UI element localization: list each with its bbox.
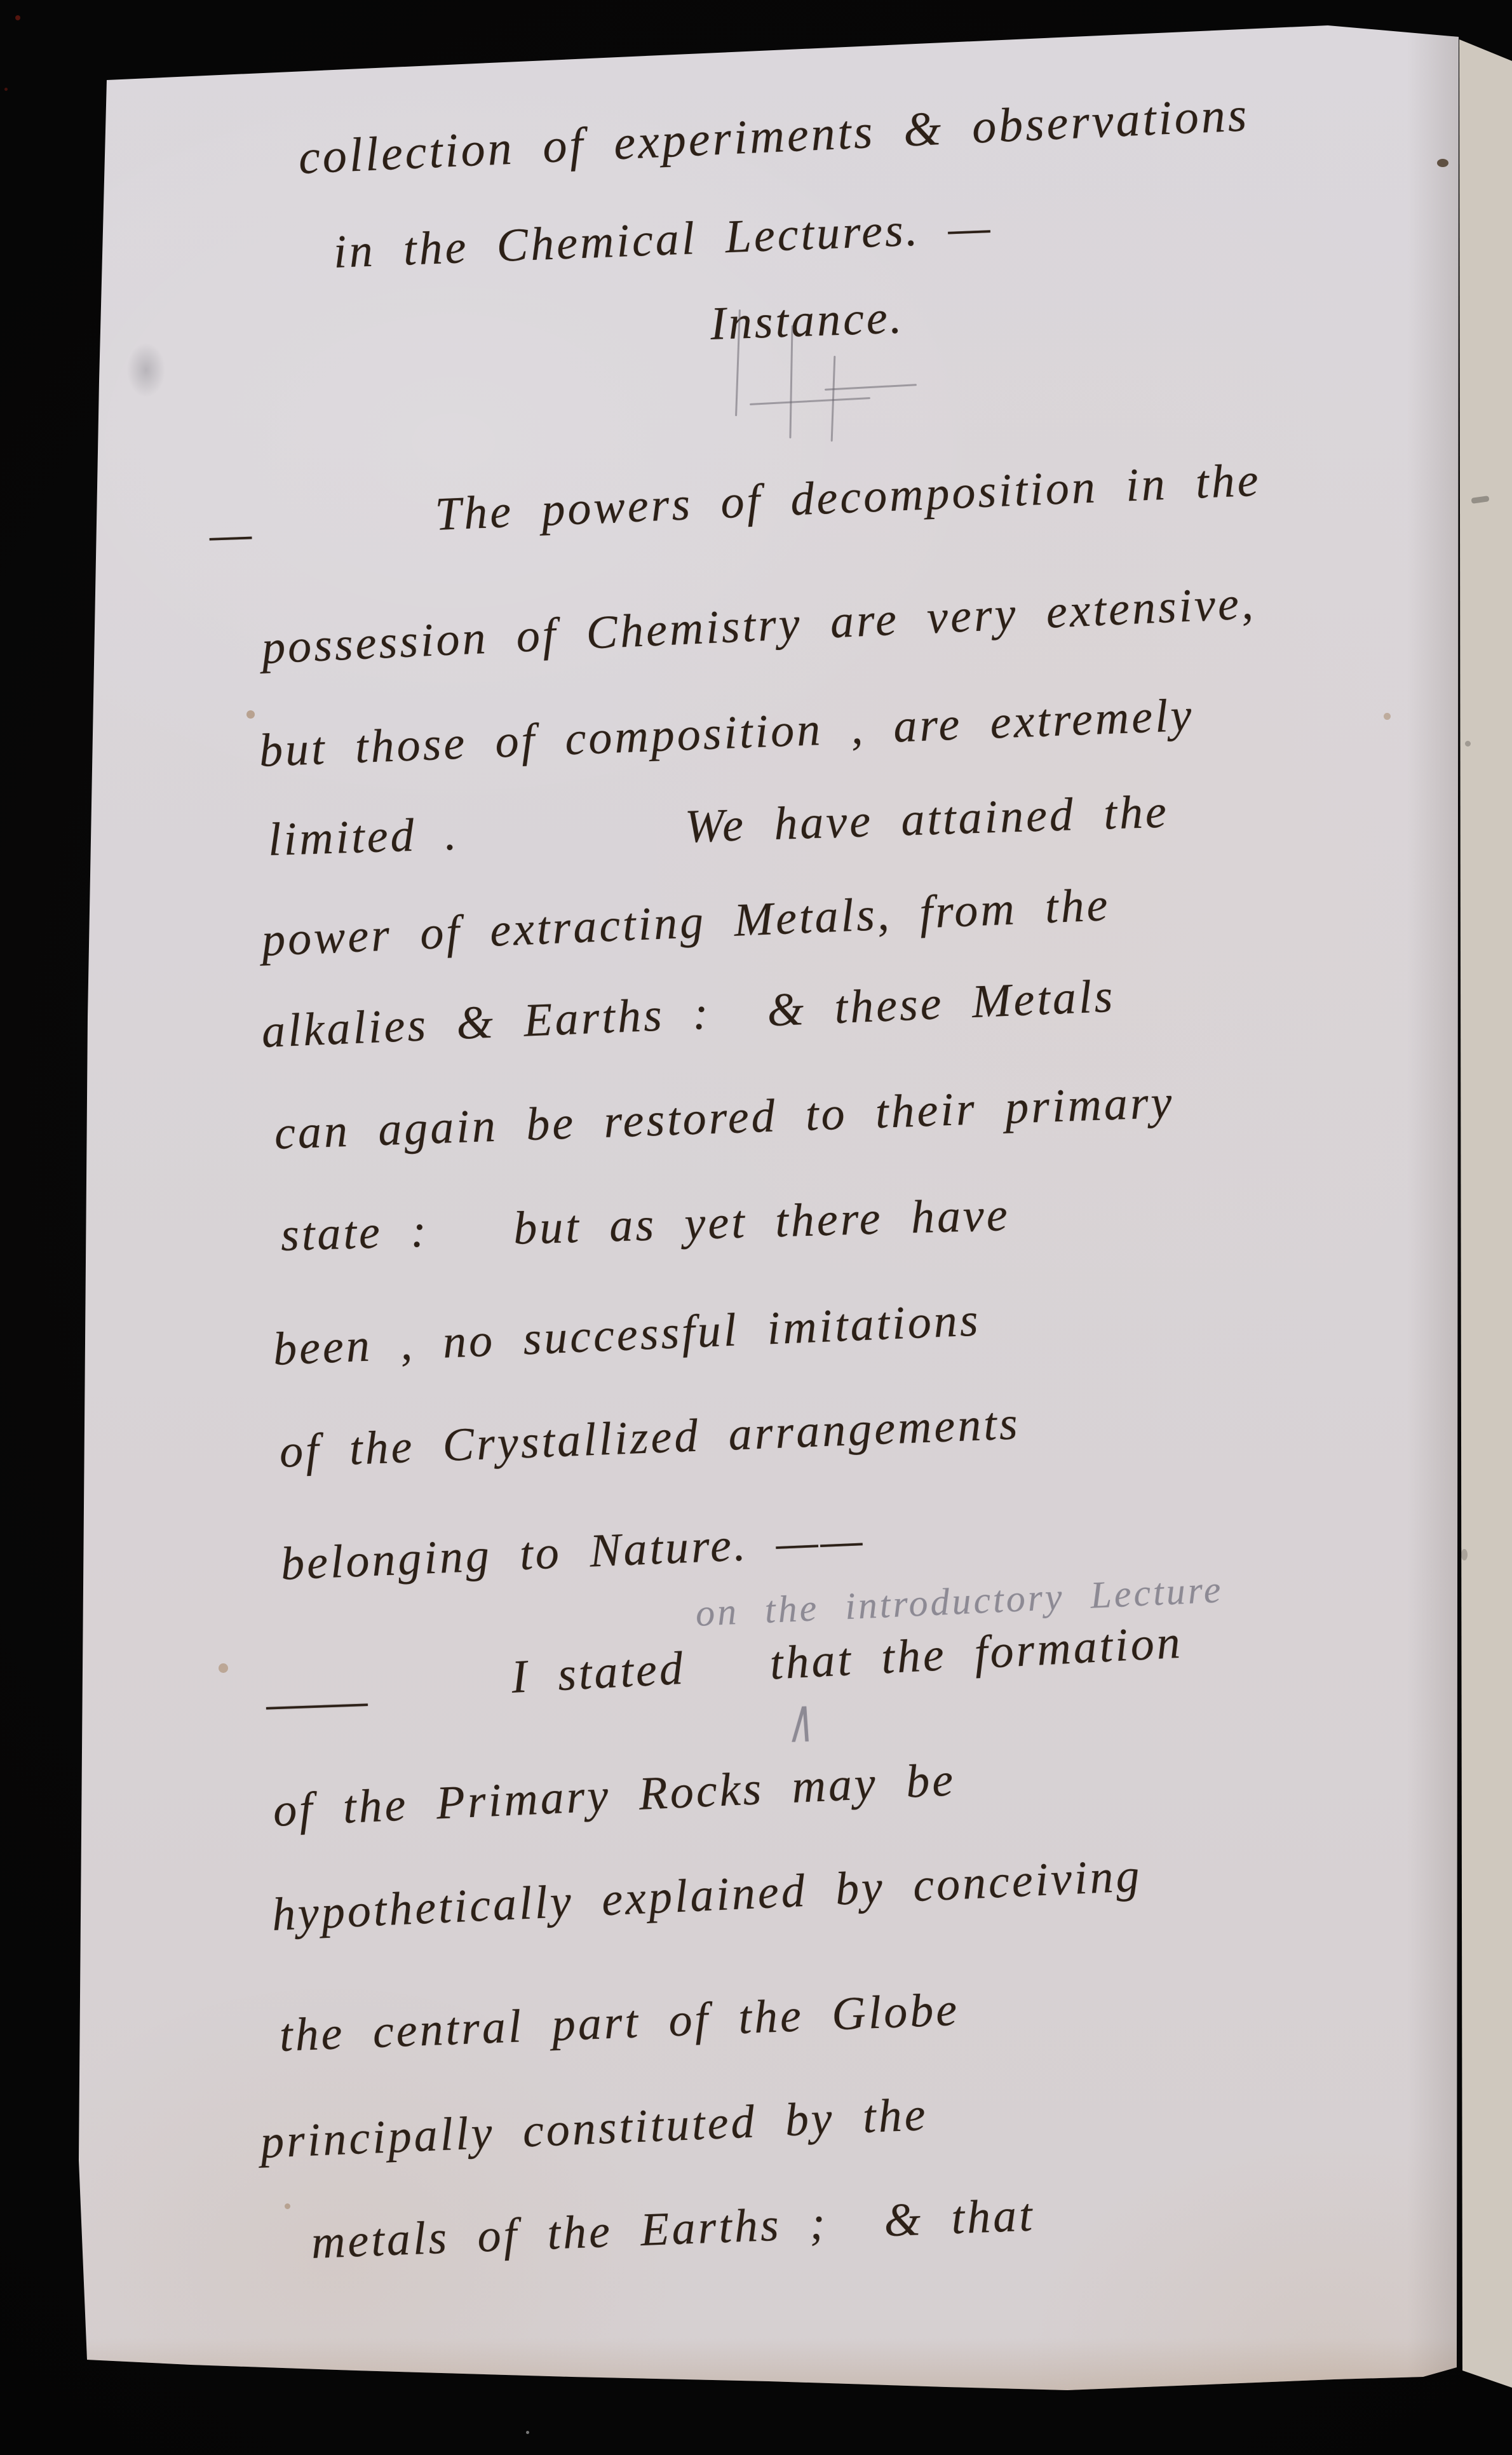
paper-edge-discoloration bbox=[0, 2337, 1512, 2395]
ink-dash: — bbox=[209, 507, 255, 562]
pencil-caret: ∧ bbox=[785, 1686, 816, 1757]
edge-speck bbox=[1465, 741, 1471, 747]
edge-speck bbox=[1461, 1549, 1468, 1560]
edge-speck bbox=[1471, 496, 1490, 504]
dust-speck bbox=[15, 15, 20, 20]
dust-speck bbox=[4, 88, 8, 91]
ink-dash: — bbox=[266, 1674, 374, 1731]
dust-speck bbox=[526, 2431, 529, 2434]
photograph-background: collection of experiments & observations… bbox=[0, 0, 1512, 2455]
